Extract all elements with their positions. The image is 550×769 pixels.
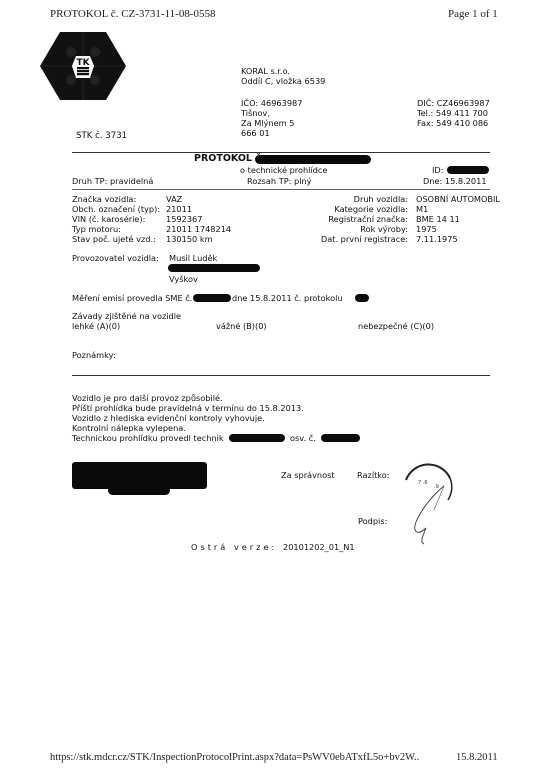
value-engine: 21011 1748214 <box>166 224 231 234</box>
print-footer-date: 15.8.2011 <box>456 752 498 763</box>
label-first-registration: Dat. první registrace: <box>278 234 408 244</box>
company-tel: Tel.: 549 411 700 <box>417 108 488 118</box>
svg-text:TK: TK <box>76 58 90 68</box>
result-line-2: Příští prohlídka bude pravidelná v termí… <box>72 403 304 413</box>
tk-hexagon-logo-icon: TK <box>38 30 128 102</box>
company-city: Tišnov, <box>241 108 270 118</box>
divider-top <box>72 152 490 153</box>
signature-label: Podpis: <box>358 516 387 526</box>
company-register: Oddíl C, vložka 6539 <box>241 76 325 86</box>
label-category: Kategorie vozidla: <box>278 204 408 214</box>
station-number: STK č. 3731 <box>76 131 127 142</box>
operator-city: Vyškov <box>169 274 198 284</box>
redacted-id <box>447 166 489 174</box>
notes-label: Poznámky: <box>72 350 116 360</box>
redacted-signature-name <box>108 486 170 495</box>
value-vin: 1592367 <box>166 214 202 224</box>
protocol-title: PROTOKOL č. <box>194 154 265 165</box>
redacted-technician-osv <box>321 434 360 442</box>
label-vehicle-kind: Druh vozidla: <box>278 194 408 204</box>
svg-text:.9: .9 <box>434 484 439 490</box>
correctness-label: Za správnost <box>281 470 335 480</box>
value-category: M1 <box>416 204 428 214</box>
print-header-title: PROTOKOL č. CZ-3731-11-08-0558 <box>50 8 216 20</box>
version-value: 20101202_01_N1 <box>283 542 355 552</box>
version-label: Ostrá verze: <box>191 542 277 552</box>
redacted-technician-name <box>229 434 285 442</box>
technician-osv: osv. č. <box>290 433 316 443</box>
defects-light: lehké (A)(0) <box>72 321 120 331</box>
value-year: 1975 <box>416 224 437 234</box>
defects-serious: vážné (B)(0) <box>216 321 267 331</box>
redacted-operator-address <box>168 264 260 272</box>
result-line-3: Vozidlo z hlediska evidenční kontroly vy… <box>72 413 265 423</box>
value-registration: BME 14 11 <box>416 214 460 224</box>
stamp-and-signature: 7 .6 .9 <box>398 458 458 548</box>
redacted-sme-number <box>193 294 231 302</box>
result-line-4: Kontrolní nálepka vylepena. <box>72 423 186 433</box>
redacted-protocol-number <box>255 155 371 164</box>
value-type: 21011 <box>166 204 192 214</box>
company-dic: DIČ: CZ46963987 <box>417 98 490 108</box>
redacted-signature-block <box>72 462 207 489</box>
value-mileage: 130150 km <box>166 234 213 244</box>
label-engine: Typ motoru: <box>72 224 121 234</box>
technician-prefix: Technickou prohlídku provedl technik <box>72 433 224 443</box>
label-year: Rok výroby: <box>278 224 408 234</box>
company-street: Za Mlýnem 5 <box>241 118 294 128</box>
protocol-subtitle: o technické prohlídce <box>240 165 327 175</box>
company-ico: IČO: 46963987 <box>241 98 302 108</box>
defects-dangerous: nebezpečné (C)(0) <box>358 321 434 331</box>
stamp-icon: 7 .6 .9 <box>398 458 458 548</box>
protocol-id-label: ID: <box>432 165 443 175</box>
divider-header <box>72 189 490 190</box>
druh-tp: Druh TP: pravidelná <box>72 176 153 186</box>
value-make: VAZ <box>166 194 182 204</box>
result-line-1: Vozidlo je pro další provoz způsobilé. <box>72 393 223 403</box>
operator-label: Provozovatel vozidla: <box>72 253 159 263</box>
redacted-emission-protocol <box>355 294 369 302</box>
company-fax: Fax: 549 410 086 <box>417 118 488 128</box>
emissions-prefix: Měření emisí provedla SME č. <box>72 293 192 303</box>
emissions-middle: dne 15.8.2011 č. protokolu <box>232 293 343 303</box>
print-header-page: Page 1 of 1 <box>448 8 498 20</box>
label-mileage: Stav poč. ujeté vzd.: <box>72 234 156 244</box>
tk-logo: TK <box>38 30 128 102</box>
inspection-date: Dne: 15.8.2011 <box>423 176 487 186</box>
label-registration: Registrační značka: <box>278 214 408 224</box>
label-make: Značka vozidla: <box>72 194 136 204</box>
label-vin: VIN (č. karosérie): <box>72 214 145 224</box>
label-type: Obch. označení (typ): <box>72 204 160 214</box>
svg-text:7 .6: 7 .6 <box>418 480 428 486</box>
company-zip: 666 01 <box>241 128 270 138</box>
value-vehicle-kind: OSOBNÍ AUTOMOBIL <box>416 194 500 204</box>
divider-notes <box>72 375 490 376</box>
print-footer-url: https://stk.mdcr.cz/STK/InspectionProtoc… <box>50 752 420 763</box>
operator-name: Musil Luděk <box>169 253 217 263</box>
rozsah-tp: Rozsah TP: plný <box>247 176 312 186</box>
company-name: KORAL s.r.o. <box>241 66 290 76</box>
value-first-registration: 7.11.1975 <box>416 234 458 244</box>
defects-title: Závady zjištěné na vozidle <box>72 311 181 321</box>
stamp-label: Razítko: <box>357 470 390 480</box>
